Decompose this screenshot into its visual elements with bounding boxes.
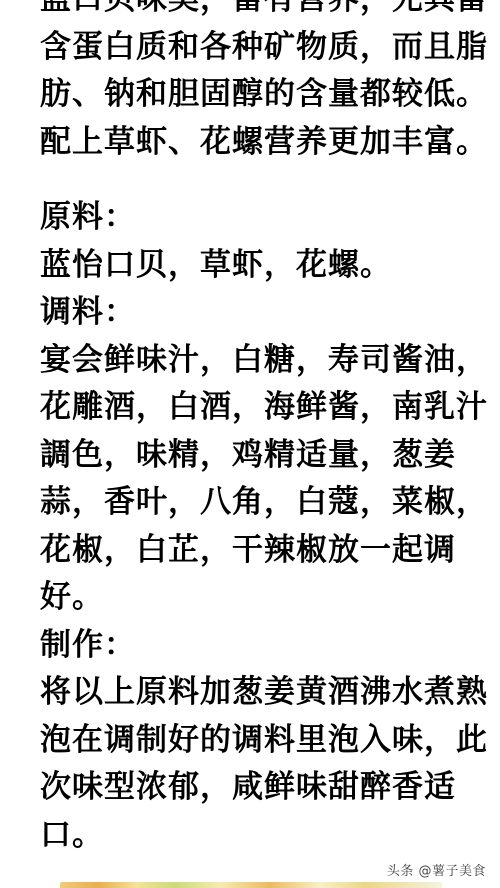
method-line: 泡在调制好的调料里泡入味，此	[40, 717, 470, 765]
intro-line: 配上草虾、花螺营养更加丰富。	[40, 119, 470, 167]
section-ingredients: 原料： 蓝怡口贝，草虾，花螺。	[40, 194, 470, 289]
intro-line: 蓝口贝味美，富有营养，尤其富	[40, 0, 470, 24]
watermark: 头条 @薯子美食	[387, 860, 486, 879]
section-heading-seasonings: 调料：	[40, 289, 470, 337]
seasonings-line: 調色，味精，鸡精适量，葱姜	[40, 432, 470, 480]
section-method: 制作： 将以上原料加葱姜黄酒沸水煮熟 泡在调制好的调料里泡入味，此 次味型浓郁，…	[40, 622, 470, 860]
seasonings-line: 蒜，香叶，八角，白蔻，菜椒，	[40, 479, 470, 527]
seasonings-line: 好。	[40, 574, 470, 622]
ingredients-line: 蓝怡口贝，草虾，花螺。	[40, 242, 470, 290]
paragraph-gap	[40, 166, 470, 194]
article-body: 蓝口贝味美，富有营养，尤其富 含蛋白质和各种矿物质，而且脂 肪、钠和胆固醇的含量…	[40, 0, 470, 859]
food-image-top-edge	[60, 882, 442, 888]
seasonings-line: 花雕酒，白酒，海鲜酱，南乳汁	[40, 384, 470, 432]
method-line: 次味型浓郁，咸鲜味甜醉香适	[40, 764, 470, 812]
section-heading-ingredients: 原料：	[40, 194, 470, 242]
method-line: 将以上原料加葱姜黄酒沸水煮熟	[40, 669, 470, 717]
section-heading-method: 制作：	[40, 622, 470, 670]
section-seasonings: 调料： 宴会鲜味汁，白糖，寿司酱油， 花雕酒，白酒，海鲜酱，南乳汁 調色，味精，…	[40, 289, 470, 622]
intro-line: 肪、钠和胆固醇的含量都较低。	[40, 71, 470, 119]
seasonings-line: 花椒，白芷，干辣椒放一起调	[40, 527, 470, 575]
method-line: 口。	[40, 812, 470, 860]
seasonings-line: 宴会鲜味汁，白糖，寿司酱油，	[40, 337, 470, 385]
intro-line: 含蛋白质和各种矿物质，而且脂	[40, 24, 470, 72]
